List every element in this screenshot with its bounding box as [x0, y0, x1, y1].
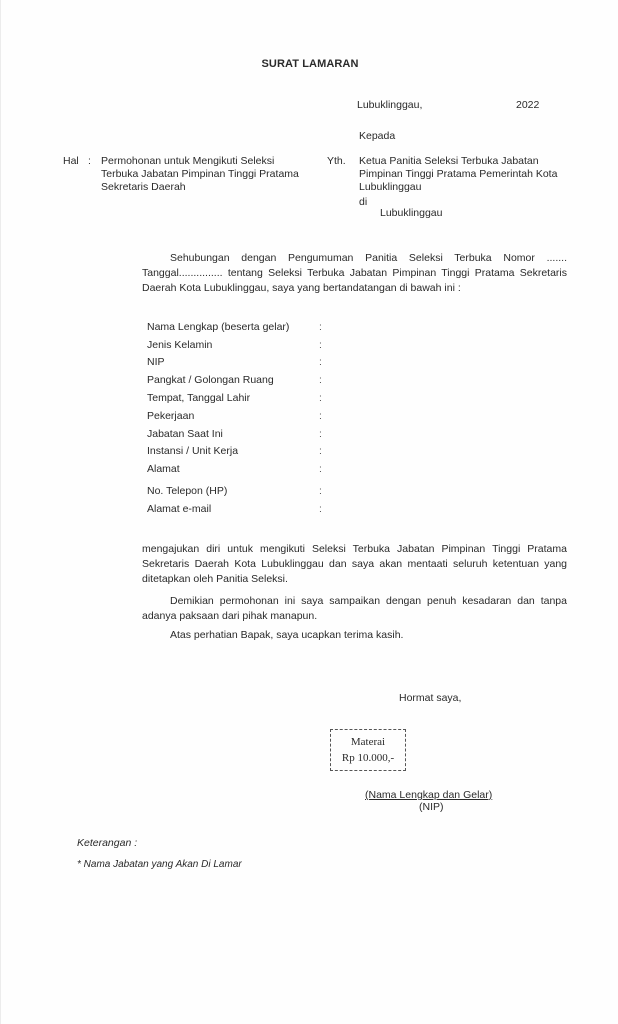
closing-text: Demikian permohonan ini saya sampaikan d… [142, 595, 567, 622]
letter-year: 2022 [516, 99, 539, 111]
field-colon: : [319, 321, 329, 333]
applicant-fields: Nama Lengkap (beserta gelar): Jenis Kela… [147, 318, 347, 518]
field-label: No. Telepon (HP) [147, 485, 319, 497]
intro-text: Sehubungan dengan Pengumuman Panitia Sel… [142, 252, 567, 294]
kepada-label: Kepada [359, 130, 395, 142]
field-label: Pangkat / Golongan Ruang [147, 374, 319, 386]
field-row: Alamat e-mail: [147, 500, 347, 518]
closing-paragraph: Demikian permohonan ini saya sampaikan d… [142, 594, 567, 624]
field-label: Alamat e-mail [147, 503, 319, 515]
field-colon: : [319, 392, 329, 404]
field-label: NIP [147, 356, 319, 368]
intro-paragraph: Sehubungan dengan Pengumuman Panitia Sel… [142, 251, 567, 296]
subject-colon: : [88, 155, 91, 167]
field-row: Instansi / Unit Kerja: [147, 443, 347, 461]
field-colon: : [319, 356, 329, 368]
field-row: Pangkat / Golongan Ruang: [147, 371, 347, 389]
field-label: Tempat, Tanggal Lahir [147, 392, 319, 404]
recipient-text: Ketua Panitia Seleksi Terbuka Jabatan Pi… [359, 155, 559, 194]
apply-paragraph: mengajukan diri untuk mengikuti Seleksi … [142, 542, 567, 587]
field-colon: : [319, 445, 329, 457]
field-label: Nama Lengkap (beserta gelar) [147, 321, 319, 333]
stamp-duty-box: Materai Rp 10.000,- [330, 729, 406, 771]
subject-label: Hal [63, 155, 79, 167]
field-colon: : [319, 485, 329, 497]
signatory-name: (Nama Lengkap dan Gelar) [365, 789, 492, 801]
stamp-value: Rp 10.000,- [331, 750, 405, 766]
field-colon: : [319, 410, 329, 422]
document-title: SURAT LAMARAN [1, 58, 618, 70]
thanks-paragraph: Atas perhatian Bapak, saya ucapkan terim… [142, 628, 567, 643]
field-row: Jenis Kelamin: [147, 336, 347, 354]
field-label: Alamat [147, 463, 319, 475]
field-row: NIP: [147, 354, 347, 372]
document-page: SURAT LAMARAN Lubuklinggau, 2022 Kepada … [0, 0, 618, 1024]
field-colon: : [319, 374, 329, 386]
field-label: Pekerjaan [147, 410, 319, 422]
field-label: Jabatan Saat Ini [147, 428, 319, 440]
notes-item: * Nama Jabatan yang Akan Di Lamar [77, 859, 242, 870]
field-colon: : [319, 503, 329, 515]
recipient-city: Lubuklinggau [380, 207, 442, 219]
field-colon: : [319, 428, 329, 440]
field-colon: : [319, 339, 329, 351]
field-row: Tempat, Tanggal Lahir: [147, 389, 347, 407]
letter-place: Lubuklinggau, [357, 99, 422, 111]
stamp-label: Materai [331, 734, 405, 750]
recipient-label: Yth. [327, 155, 346, 167]
signatory-nip: (NIP) [419, 801, 444, 813]
recipient-di: di [359, 196, 367, 208]
notes-label: Keterangan : [77, 837, 137, 849]
field-row: Jabatan Saat Ini: [147, 425, 347, 443]
field-colon: : [319, 463, 329, 475]
thanks-text: Atas perhatian Bapak, saya ucapkan terim… [170, 629, 403, 641]
field-row: No. Telepon (HP): [147, 482, 347, 500]
field-row: Nama Lengkap (beserta gelar): [147, 318, 347, 336]
subject-text: Permohonan untuk Mengikuti Seleksi Terbu… [101, 155, 301, 194]
field-row: Pekerjaan: [147, 407, 347, 425]
field-label: Jenis Kelamin [147, 339, 319, 351]
signature-greeting: Hormat saya, [399, 692, 461, 704]
field-row: Alamat: [147, 460, 347, 478]
field-label: Instansi / Unit Kerja [147, 445, 319, 457]
